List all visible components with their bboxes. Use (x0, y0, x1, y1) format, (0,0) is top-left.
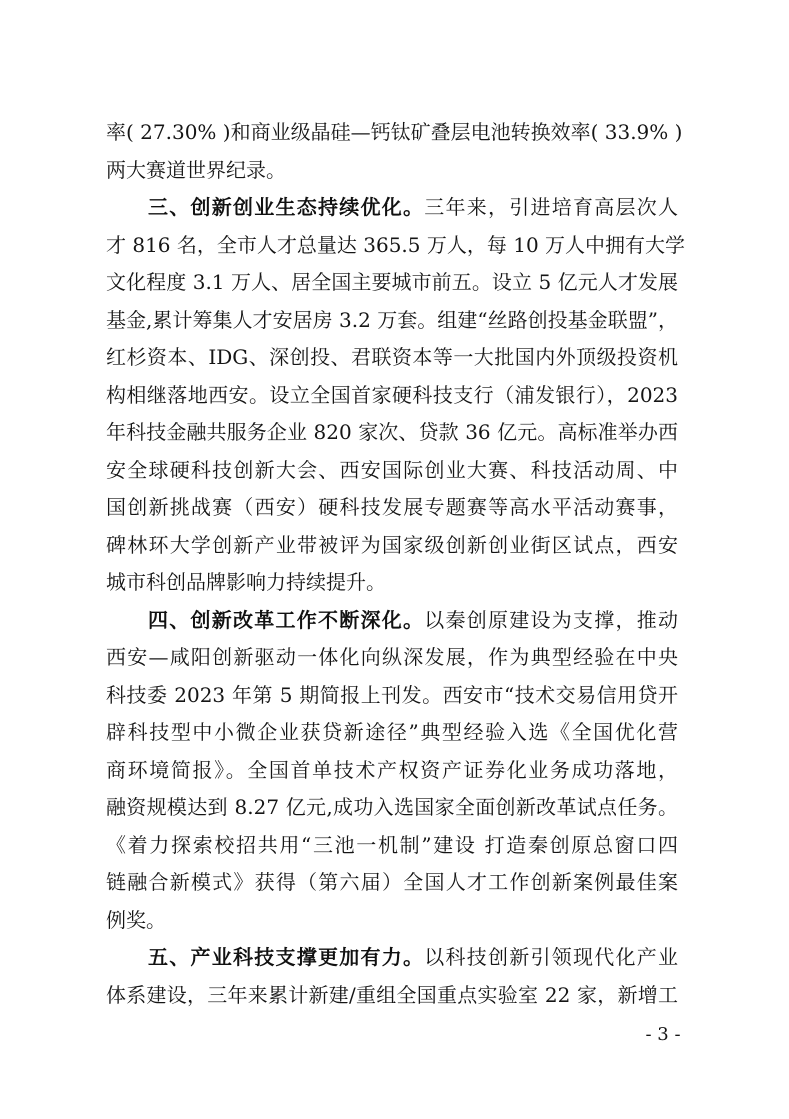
text-line: 年科技金融共服务企业 820 家次、贷款 36 亿元。高标准举办西 (106, 414, 678, 452)
text-line: 安全球硬科技创新大会、西安国际创业大赛、科技活动周、中 (106, 452, 678, 490)
section-5-first-line: 五、产业科技支撑更加有力。以科技创新引领现代化产业 (106, 939, 678, 977)
text-line: 构相继落地西安。设立全国首家硬科技支行（浦发银行），2023 (106, 377, 678, 415)
text-run: 以秦创原建设为支撑，推动 (424, 608, 678, 632)
text-line: 碑林环大学创新产业带被评为国家级创新创业街区试点，西安 (106, 527, 678, 565)
text-line: 体系建设，三年来累计新建/重组全国重点实验室 22 家，新增工 (106, 977, 678, 1015)
page-number: - 3 - (636, 1024, 690, 1045)
section-4-first-line: 四、创新改革工作不断深化。以秦创原建设为支撑，推动 (106, 602, 678, 640)
text-line: 城市科创品牌影响力持续提升。 (106, 564, 678, 602)
text-line: 文化程度 3.1 万人、居全国主要城市前五。设立 5 亿元人才发展 (106, 264, 678, 302)
section-heading: 三、创新创业生态持续优化。 (148, 195, 424, 219)
document-body: 率( 27.30% )和商业级晶硅—钙钛矿叠层电池转换效率( 33.9% ) 两… (106, 114, 678, 1014)
text-line: 两大赛道世界纪录。 (106, 152, 678, 190)
text-line: 科技委 2023 年第 5 期简报上刊发。西安市“技术交易信用贷开 (106, 677, 678, 715)
text-line: 国创新挑战赛（西安）硬科技发展专题赛等高水平活动赛事， (106, 489, 678, 527)
text-line: 链融合新模式》获得（第六届）全国人才工作创新案例最佳案 (106, 864, 678, 902)
text-line: 红杉资本、IDG、深创投、君联资本等一大批国内外顶级投资机 (106, 339, 678, 377)
text-line: 基金,累计筹集人才安居房 3.2 万套。组建“丝路创投基金联盟”， (106, 302, 678, 340)
section-heading: 四、创新改革工作不断深化。 (148, 608, 424, 632)
section-3-first-line: 三、创新创业生态持续优化。三年来，引进培育高层次人 (106, 189, 678, 227)
text-line: 辟科技型中小微企业获贷新途径”典型经验入选《全国优化营 (106, 714, 678, 752)
document-page: 率( 27.30% )和商业级晶硅—钙钛矿叠层电池转换效率( 33.9% ) 两… (0, 0, 789, 1119)
text-run: 三年来，引进培育高层次人 (424, 195, 678, 219)
text-line: 融资规模达到 8.27 亿元,成功入选国家全面创新改革试点任务。 (106, 789, 678, 827)
text-line: 商环境简报》。全国首单技术产权资产证券化业务成功落地， (106, 752, 678, 790)
text-run: 以科技创新引领现代化产业 (424, 945, 678, 969)
text-line: 才 816 名，全市人才总量达 365.5 万人，每 10 万人中拥有大学 (106, 227, 678, 265)
text-line: 西安—咸阳创新驱动一体化向纵深发展，作为典型经验在中央 (106, 639, 678, 677)
text-line: 率( 27.30% )和商业级晶硅—钙钛矿叠层电池转换效率( 33.9% ) (106, 114, 678, 152)
text-line: 《着力探索校招共用“三池一机制”建设 打造秦创原总窗口四 (106, 827, 678, 865)
text-line: 例奖。 (106, 902, 678, 940)
section-heading: 五、产业科技支撑更加有力。 (148, 945, 424, 969)
